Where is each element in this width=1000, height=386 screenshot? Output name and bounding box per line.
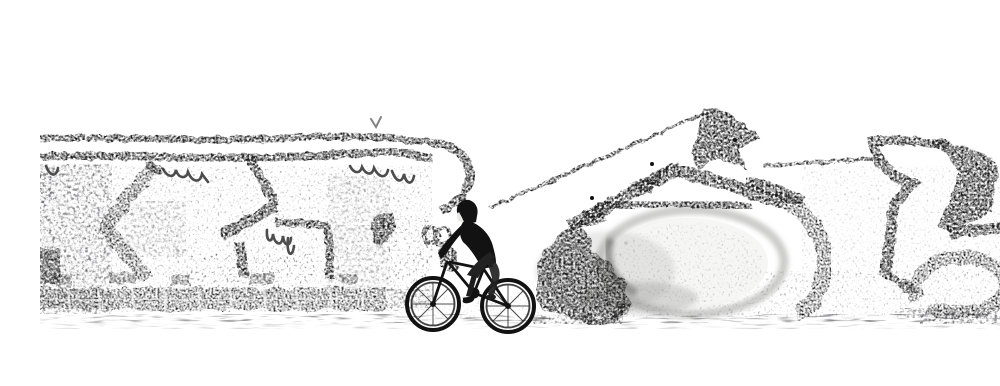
letters-grime [900, 308, 1000, 318]
cyclist-far-shoe [486, 294, 496, 300]
photograph [40, 16, 1000, 370]
pavement-speckles [40, 313, 1000, 329]
